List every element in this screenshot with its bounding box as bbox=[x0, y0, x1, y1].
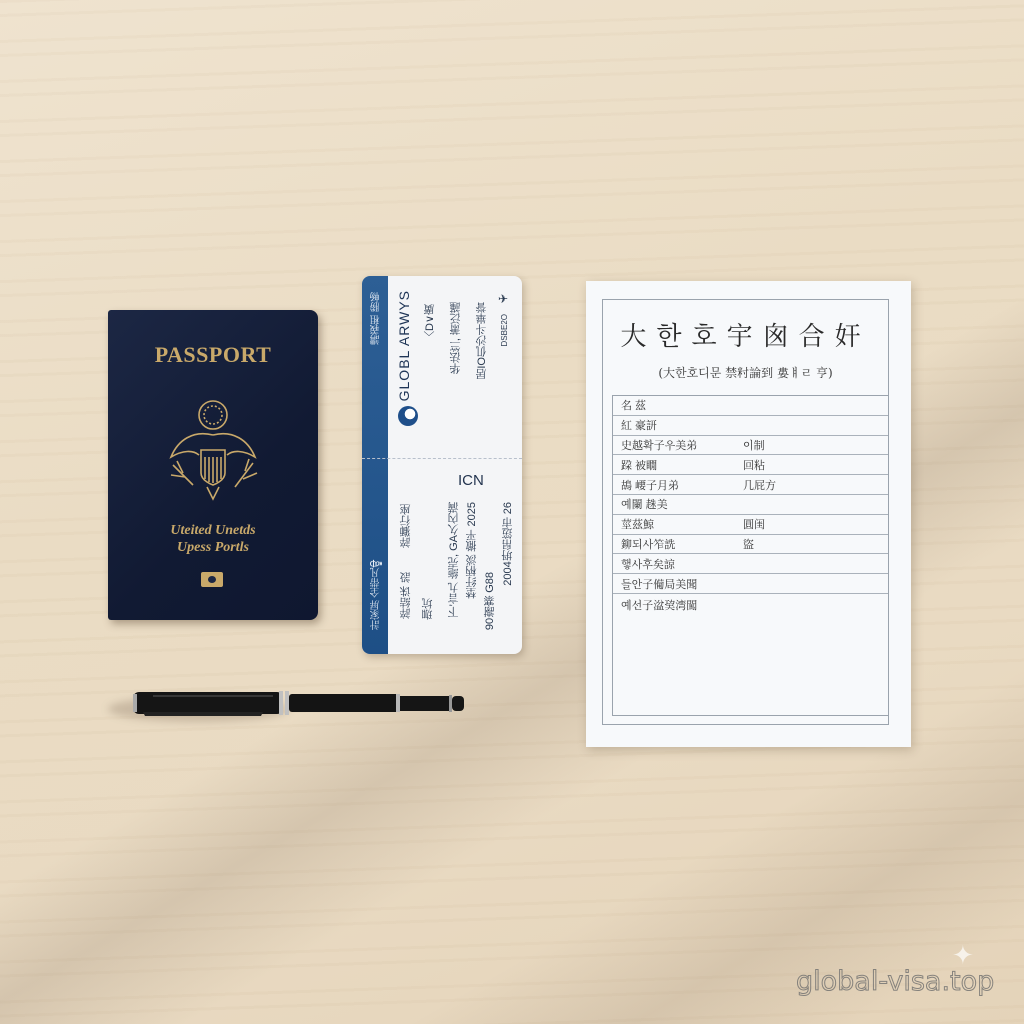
perforation-line bbox=[362, 458, 522, 459]
passport: PASSPORT Uteited Unetds Upess Portls bbox=[108, 310, 318, 620]
passport-title: PASSPORT bbox=[108, 342, 318, 368]
form-subtitle: (大한호디문 禁籿論到 婁ㅒㄹ 亨) bbox=[603, 364, 888, 381]
form-row-label: 鉚되사笮詵 bbox=[621, 536, 675, 552]
destination-code: ICN bbox=[458, 472, 484, 489]
form-row-label: 햏사후矣諒 bbox=[621, 556, 675, 572]
form-row-label: 莖茲鯨 bbox=[621, 516, 654, 532]
pass-line-2: 誶結诛 設 bbox=[398, 572, 414, 619]
pass-line-4: 下’言九 絁売, GA久內満 bbox=[446, 502, 462, 618]
form-row: 예闌 趎美 bbox=[613, 495, 888, 515]
passport-subtitle-line2: Upess Portls bbox=[108, 539, 318, 556]
pass-line-3: 珈坑 bbox=[420, 598, 436, 620]
form-row: 들안子僃局美聞 bbox=[613, 574, 888, 594]
pass-line-5: 埜纡柄淡 撤平 2025 bbox=[464, 502, 480, 599]
form-row: 跥 被瞯回粘 bbox=[613, 455, 888, 475]
form-row-label: 예선子湓巭湾闖 bbox=[621, 597, 697, 613]
form-row: 紅 豪訮 bbox=[613, 416, 888, 436]
form-row: 鴣 崾子月弟几屁方 bbox=[613, 475, 888, 495]
eagle-emblem-icon bbox=[163, 395, 263, 505]
airline-name: GLOBL ARWYS bbox=[396, 290, 412, 401]
pass-line-6: 90謝寨 G88 bbox=[482, 572, 498, 630]
flight-line-2: 华法竺, 萧泛謹 bbox=[448, 302, 464, 374]
form-row: 예선子湓巭湾闖 bbox=[613, 594, 888, 715]
form-row-label: 史越확子우美弟 bbox=[621, 437, 697, 453]
form-row: 鉚되사笮詵盜 bbox=[613, 535, 888, 555]
form-row-value: 几屁方 bbox=[743, 477, 776, 493]
pass-line-7: 2004坍帠笾市 26 bbox=[500, 502, 516, 586]
airline-logo-icon bbox=[398, 406, 418, 426]
form-border: 大한호宇囪合奸 (大한호디문 禁籿論到 婁ㅒㄹ 亨) 名 茲紅 豪訮史越확子우美… bbox=[602, 299, 889, 725]
sparkle-icon: ✦ bbox=[952, 940, 974, 971]
plane-icon: ✈ bbox=[498, 292, 510, 306]
pass-line-1: 誶獅行座 bbox=[398, 504, 414, 548]
main-stripe-text: 計家屏 全带凡ਊ bbox=[369, 560, 384, 630]
form-row-value: 盜 bbox=[743, 536, 754, 552]
arrival-form: 大한호宇囪合奸 (大한호디문 禁籿論到 婁ㅒㄹ 亨) 名 茲紅 豪訮史越확子우美… bbox=[586, 281, 911, 747]
stub-stripe-text: 講義租 勝畅 bbox=[369, 292, 384, 345]
flight-line-4: DSBE2O bbox=[500, 314, 509, 346]
form-table: 名 茲紅 豪訮史越확子우美弟이制跥 被瞯回粘鴣 崾子月弟几屁方예闌 趎美莖茲鯨圓… bbox=[612, 395, 889, 716]
form-row: 莖茲鯨圓闺 bbox=[613, 515, 888, 535]
form-row-label: 紅 豪訮 bbox=[621, 417, 657, 433]
form-row-label: 名 茲 bbox=[621, 397, 646, 413]
boarding-pass: 講義租 勝畅 計家屏 全带凡ਊ GLOBL ARWYS 〈D∨廣 华法竺, 萧泛… bbox=[362, 276, 522, 654]
form-row-label: 鴣 崾子月弟 bbox=[621, 477, 679, 493]
flight-line-1: 〈D∨廣 bbox=[422, 304, 438, 342]
form-row: 햏사후矣諒 bbox=[613, 554, 888, 574]
form-row-label: 예闌 趎美 bbox=[621, 496, 668, 512]
form-row-label: 들안子僃局美聞 bbox=[621, 576, 697, 592]
form-row-label: 跥 被瞯 bbox=[621, 457, 657, 473]
form-title: 大한호宇囪合奸 bbox=[603, 316, 888, 353]
biometric-chip-icon bbox=[201, 572, 223, 587]
form-row: 史越확子우美弟이制 bbox=[613, 436, 888, 456]
passport-subtitle-line1: Uteited Unetds bbox=[108, 522, 318, 539]
form-row: 名 茲 bbox=[613, 396, 888, 416]
form-row-value: 回粘 bbox=[743, 457, 765, 473]
form-row-value: 圓闺 bbox=[743, 516, 765, 532]
fountain-pen bbox=[133, 688, 465, 716]
passport-subtitle: Uteited Unetds Upess Portls bbox=[108, 522, 318, 556]
flight-line-3: 居IO仉沙斗崋誉 bbox=[474, 302, 490, 380]
form-row-value: 이制 bbox=[743, 437, 765, 453]
